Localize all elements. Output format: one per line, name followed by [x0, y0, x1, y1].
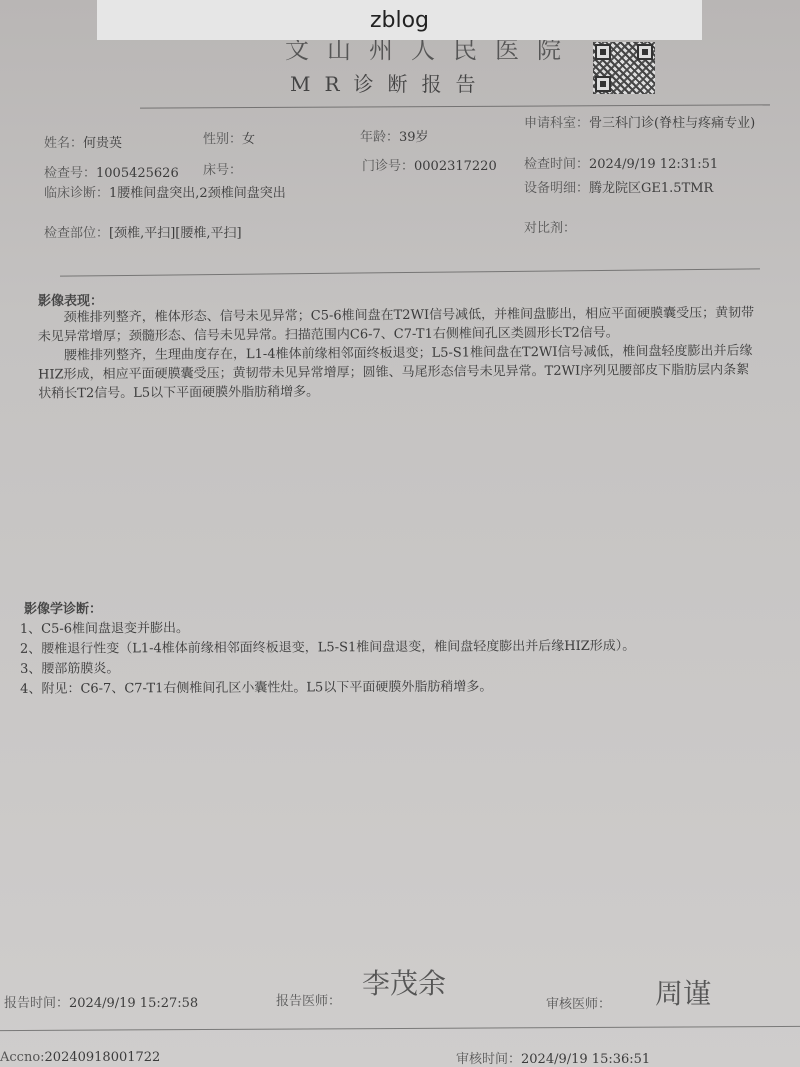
report-time: 2024/9/19 15:27:58: [69, 996, 198, 1011]
outpatient-number-field: 门诊号：0002317220: [362, 155, 497, 174]
patient-name-field: 姓名：何贵英: [44, 132, 122, 151]
accno: 20240918001722: [45, 1050, 161, 1065]
findings-text: 颈椎排列整齐，椎体形态、信号未见异常；C5-6椎间盘在T2WI信号减低，并椎间盘…: [38, 303, 761, 403]
report-doctor-field: 报告医师：: [276, 990, 341, 1009]
findings-title: 影像表现：: [38, 290, 103, 309]
patient-gender-field: 性别：女: [203, 128, 255, 147]
diagnosis-list: 1、C5-6椎间盘退变并膨出。 2、腰椎退行性变（L1-4椎体前缘相邻面终板退变…: [20, 616, 750, 700]
clinical-diagnosis: 1腰椎间盘突出,2颈椎间盘突出: [109, 186, 286, 201]
patient-name: 何贵英: [83, 136, 122, 151]
qr-code-icon: [593, 42, 655, 94]
patient-age-field: 年龄：39岁: [360, 126, 429, 145]
contrast-field: 对比剂：: [524, 217, 576, 236]
patient-gender: 女: [242, 132, 255, 147]
review-doctor-field: 审核医师：: [546, 993, 611, 1012]
diagnosis-title: 影像学诊断：: [24, 598, 102, 617]
divider-middle: [60, 268, 760, 276]
accno-field: Accno:20240918001722: [0, 1050, 160, 1065]
findings-cervical: 颈椎排列整齐，椎体形态、信号未见异常；C5-6椎间盘在T2WI信号减低，并椎间盘…: [38, 303, 760, 346]
findings-lumbar: 腰椎排列整齐，生理曲度存在，L1-4椎体前缘相邻面终板退变；L5-S1椎间盘在T…: [38, 341, 760, 403]
department-field: 申请科室：骨三科门诊(脊柱与疼痛专业): [524, 115, 764, 133]
clinical-diagnosis-field: 临床诊断：1腰椎间盘突出,2颈椎间盘突出: [44, 182, 286, 201]
report-doctor-signature: 李茂余: [362, 962, 446, 1002]
report-title: MR诊断报告: [290, 68, 490, 97]
bed-number-field: 床号：: [203, 159, 242, 178]
divider-top: [140, 104, 770, 108]
exam-time-field: 检查时间：2024/9/19 12:31:51: [524, 153, 718, 172]
exam-time: 2024/9/19 12:31:51: [589, 157, 718, 172]
department: 骨三科门诊(脊柱与疼痛专业): [589, 116, 755, 131]
watermark-text: zblog: [370, 8, 429, 33]
review-time: 2024/9/19 15:36:51: [521, 1052, 650, 1067]
exam-site: [颈椎,平扫][腰椎,平扫]: [109, 226, 242, 241]
device: 腾龙院区GE1.5TMR: [589, 181, 713, 196]
exam-number: 1005425626: [96, 166, 179, 181]
device-field: 设备明细：腾龙院区GE1.5TMR: [524, 177, 713, 196]
outpatient-number: 0002317220: [414, 159, 497, 174]
review-time-field: 审核时间：2024/9/19 15:36:51: [456, 1048, 650, 1067]
divider-bottom: [0, 1026, 800, 1031]
diagnosis-item: 4、附见：C6-7、C7-T1右侧椎间孔区小囊性灶。L5以下平面硬膜外脂肪稍增多…: [20, 676, 750, 700]
exam-site-field: 检查部位：[颈椎,平扫][腰椎,平扫]: [44, 222, 242, 241]
patient-age: 39岁: [399, 130, 429, 145]
review-doctor-signature: 周谨: [655, 972, 711, 1012]
watermark-banner: zblog: [97, 0, 702, 40]
report-page: zblog 文山州人民医院 MR诊断报告 姓名：何贵英 性别：女 年龄：39岁 …: [0, 0, 800, 1067]
exam-number-field: 检查号：1005425626: [44, 162, 179, 181]
report-time-field: 报告时间：2024/9/19 15:27:58: [4, 992, 198, 1011]
